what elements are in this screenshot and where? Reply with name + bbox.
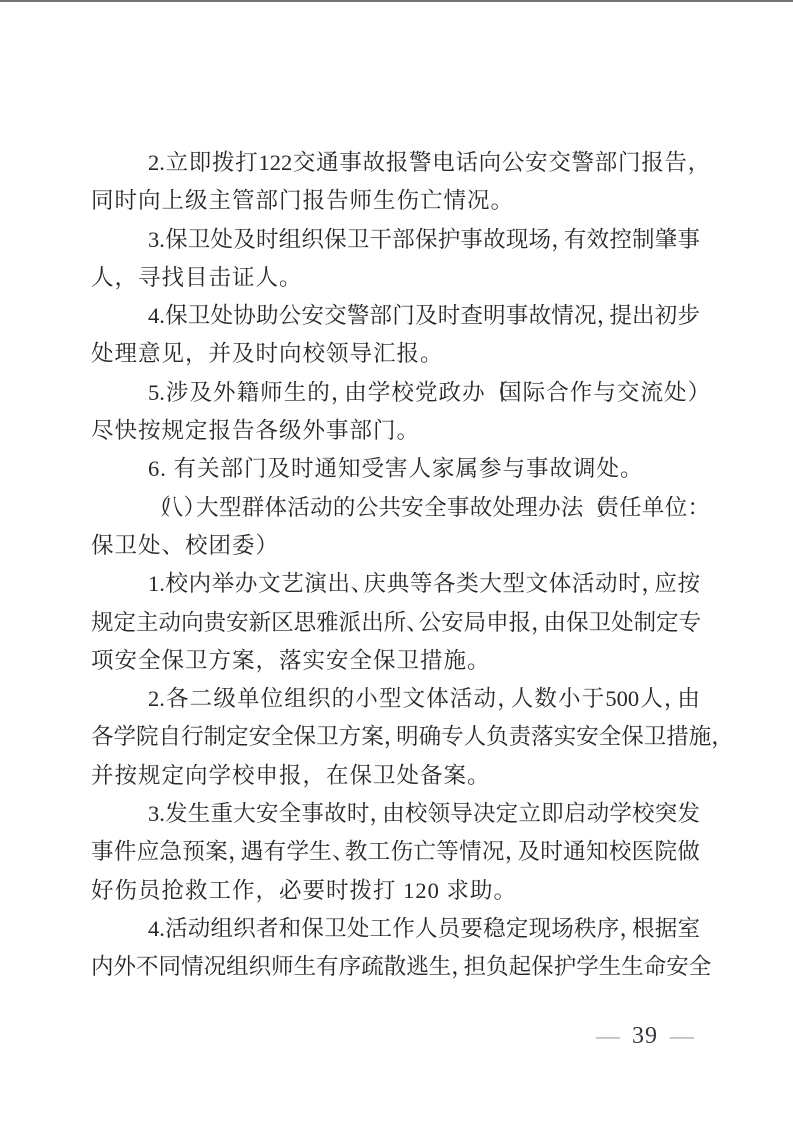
glyph: 法 — [561, 489, 584, 527]
glyph: 学 — [609, 795, 632, 833]
glyph: 师 — [271, 948, 294, 986]
glyph: 理 — [515, 489, 538, 527]
glyph: 时 — [618, 565, 641, 603]
glyph: 门 — [618, 144, 641, 182]
glyph: 学 — [286, 833, 309, 871]
glyph: 命 — [644, 948, 667, 986]
glyph: 报 — [386, 144, 409, 182]
glyph: 急 — [160, 833, 183, 871]
glyph: 教 — [345, 833, 368, 871]
glyph: 定 — [506, 910, 529, 948]
page-footer: — 39 — — [597, 1020, 693, 1052]
glyph: 卫 — [644, 718, 667, 756]
glyph: 单 — [237, 680, 260, 718]
glyph: 新 — [249, 604, 272, 642]
glyph: 定 — [114, 604, 137, 642]
glyph: 典 — [387, 565, 410, 603]
glyph: 安 — [525, 144, 548, 182]
text-line: 事件应急预案，遇有学生、教工伤亡等情况，及时通知校医院做 — [91, 833, 700, 871]
glyph: 肇 — [655, 221, 678, 259]
glyph: 全 — [599, 718, 622, 756]
glyph: 处 — [211, 221, 234, 259]
glyph: ， — [331, 374, 343, 412]
glyph: 动 — [474, 680, 497, 718]
glyph: 单 — [642, 489, 665, 527]
glyph: 门 — [392, 297, 415, 335]
glyph: 出 — [361, 604, 384, 642]
glyph: ） — [183, 489, 195, 527]
glyph: 组 — [226, 948, 249, 986]
glyph: 保 — [566, 604, 589, 642]
glyph: 即 — [189, 144, 212, 182]
glyph: 等 — [436, 833, 459, 871]
glyph: 、 — [351, 565, 363, 603]
glyph: 事 — [91, 833, 114, 871]
glyph: 院 — [655, 833, 678, 871]
glyph: 内 — [91, 948, 114, 986]
glyph: 织 — [249, 948, 272, 986]
glyph: ， — [451, 948, 463, 986]
glyph: 及 — [189, 374, 212, 412]
glyph: 由 — [544, 604, 567, 642]
glyph: 协 — [233, 297, 256, 335]
glyph: 况 — [482, 833, 505, 871]
glyph: 事 — [460, 221, 483, 259]
glyph: 级 — [213, 680, 236, 718]
glyph: 不 — [136, 948, 159, 986]
glyph: 及 — [233, 221, 256, 259]
page-number: 39 — [632, 1020, 658, 1052]
glyph: 与 — [593, 374, 616, 412]
glyph: 况 — [574, 297, 597, 335]
text-line: 2.各二级单位组织的小型文体活动，人数小于500人，由 — [91, 680, 700, 718]
glyph: 思 — [294, 604, 317, 642]
glyph: 作 — [392, 910, 415, 948]
glyph: 知 — [586, 833, 609, 871]
glyph: 时 — [540, 833, 563, 871]
text-line: 3.保卫处及时组织保卫干部保护事故现场，有效控制肇事 — [91, 221, 700, 259]
glyph: ， — [597, 297, 609, 335]
glyph: 行 — [181, 718, 204, 756]
glyph: 公 — [356, 489, 379, 527]
glyph: 件 — [114, 833, 137, 871]
glyph: 动 — [159, 604, 182, 642]
glyph: 二 — [190, 680, 213, 718]
glyph: （ — [486, 374, 498, 412]
glyph: 同 — [159, 948, 182, 986]
glyph: ： — [688, 489, 700, 527]
glyph: 序 — [339, 948, 362, 986]
glyph: 人 — [640, 680, 663, 718]
glyph: 步 — [677, 297, 700, 335]
glyph: 4. — [148, 297, 165, 335]
glyph: 小 — [558, 680, 581, 718]
glyph: 疏 — [361, 948, 384, 986]
glyph: 告 — [664, 144, 687, 182]
glyph: 有 — [264, 833, 287, 871]
glyph: 制 — [632, 221, 655, 259]
glyph: 保 — [531, 948, 554, 986]
glyph: 通 — [316, 144, 339, 182]
glyph: 组 — [284, 680, 307, 718]
glyph: 动 — [587, 795, 610, 833]
glyph: 八 — [161, 489, 184, 527]
text-line: 4.保卫处协助公安交警部门及时查明事故情况，提出初步 — [91, 297, 700, 335]
glyph: 卫 — [324, 910, 347, 948]
glyph: 织 — [301, 221, 324, 259]
glyph: 公 — [419, 604, 442, 642]
glyph: ， — [641, 565, 653, 603]
glyph: 于 — [582, 680, 605, 718]
glyph: 保 — [415, 221, 438, 259]
glyph: 定 — [496, 795, 519, 833]
glyph: 动 — [310, 489, 333, 527]
glyph: 大 — [233, 795, 256, 833]
glyph: 和 — [279, 910, 302, 948]
glyph: （ — [148, 489, 160, 527]
glyph: 公 — [279, 297, 302, 335]
glyph: 案 — [205, 833, 228, 871]
glyph: 秩 — [574, 910, 597, 948]
glyph: ， — [551, 221, 563, 259]
glyph: 局 — [464, 604, 487, 642]
glyph: ） — [688, 374, 700, 412]
glyph: 及 — [415, 297, 438, 335]
glyph: 籍 — [237, 374, 260, 412]
glyph: 涉 — [166, 374, 189, 412]
glyph: 织 — [308, 680, 331, 718]
glyph: 序 — [597, 910, 620, 948]
glyph: 生 — [599, 948, 622, 986]
glyph: 国 — [499, 374, 522, 412]
text-line: 各学院自行制定安全保卫方案，明确专人负责落实安全保卫措施， — [91, 718, 700, 756]
glyph: 有 — [316, 948, 339, 986]
glyph: 领 — [428, 795, 451, 833]
glyph: 时 — [438, 297, 461, 335]
text-line: 尽快按规定报告各级外事部门。 — [91, 412, 700, 450]
glyph: 落 — [531, 718, 554, 756]
glyph: 事 — [506, 297, 529, 335]
glyph: 2. — [148, 680, 165, 718]
page-number-dash-right: — — [670, 1020, 694, 1052]
text-line: 4.活动组织者和保卫处工作人员要稳定现场秩序，根据室 — [91, 910, 700, 948]
glyph: 报 — [641, 144, 664, 182]
glyph: 安 — [226, 604, 249, 642]
glyph: 措 — [666, 718, 689, 756]
glyph: 现 — [529, 910, 552, 948]
glyph: 院 — [136, 718, 159, 756]
glyph: 师 — [260, 374, 283, 412]
glyph: 警 — [572, 144, 595, 182]
glyph: 的 — [307, 374, 330, 412]
glyph: 情 — [551, 297, 574, 335]
glyph: 处 — [664, 374, 687, 412]
document-body: 2.立即拨打122交通事故报警电话向公安交警部门报告，同时向上级主管部门报告师生… — [91, 144, 700, 987]
glyph: 的 — [332, 680, 355, 718]
glyph: 大 — [196, 489, 219, 527]
text-line: 2.立即拨打122交通事故报警电话向公安交警部门报告， — [91, 144, 700, 182]
glyph: 122 — [258, 144, 292, 182]
glyph: 场 — [529, 221, 552, 259]
glyph: 各 — [166, 680, 189, 718]
glyph: 500 — [605, 680, 639, 718]
page-number-dash-left: — — [596, 1020, 620, 1052]
glyph: 警 — [409, 144, 432, 182]
text-line: 同时向上级主管部门报告师生伤亡情况。 — [91, 182, 700, 220]
glyph: 学 — [368, 374, 391, 412]
glyph: 等 — [410, 565, 433, 603]
glyph: 散 — [384, 948, 407, 986]
text-line: 并按规定向学校申报，在保卫处备案。 — [91, 757, 700, 795]
glyph: 专 — [441, 718, 464, 756]
glyph: 警 — [347, 297, 370, 335]
glyph: 文 — [403, 680, 426, 718]
glyph: 启 — [564, 795, 587, 833]
glyph: 体 — [265, 489, 288, 527]
glyph: 亡 — [413, 833, 436, 871]
glyph: 校 — [166, 565, 189, 603]
glyph: 制 — [204, 718, 227, 756]
glyph: 贵 — [204, 604, 227, 642]
glyph: 外 — [213, 374, 236, 412]
glyph: 出 — [327, 565, 350, 603]
text-line: 好伤员抢救工作，必要时拨打 120 求助。 — [91, 872, 700, 910]
glyph: 所 — [384, 604, 407, 642]
glyph: 文 — [526, 565, 549, 603]
glyph: 全 — [271, 718, 294, 756]
glyph: 保 — [301, 910, 324, 948]
glyph: 保 — [621, 718, 644, 756]
text-line: 6. 有关部门及时通知受害人家属参与事故调处。 — [91, 450, 700, 488]
glyph: ， — [384, 718, 396, 756]
glyph: 由 — [677, 680, 700, 718]
glyph: 型 — [219, 489, 242, 527]
glyph: 出 — [632, 297, 655, 335]
glyph: 5. — [148, 374, 165, 412]
glyph: 制 — [634, 604, 657, 642]
glyph: 织 — [233, 910, 256, 948]
glyph: 工 — [368, 833, 391, 871]
glyph: 全 — [424, 489, 447, 527]
glyph: 立 — [518, 795, 541, 833]
text-line: 项安全保卫方案，落实安全保卫措施。 — [91, 642, 700, 680]
glyph: 重 — [211, 795, 234, 833]
glyph: 有 — [564, 221, 587, 259]
glyph: 工 — [370, 910, 393, 948]
glyph: 处 — [611, 604, 634, 642]
text-line: 处理意见，并及时向校领导汇报。 — [91, 335, 700, 373]
glyph: 型 — [502, 565, 525, 603]
glyph: 话 — [455, 144, 478, 182]
glyph: 作 — [570, 374, 593, 412]
glyph: 自 — [159, 718, 182, 756]
glyph: 情 — [181, 948, 204, 986]
glyph: 的 — [333, 489, 356, 527]
glyph: 交 — [293, 144, 316, 182]
glyph: 逃 — [406, 948, 429, 986]
glyph: 生 — [429, 948, 452, 986]
glyph: 校 — [609, 833, 632, 871]
glyph: 定 — [226, 718, 249, 756]
glyph: 责 — [596, 489, 619, 527]
glyph: 伤 — [391, 833, 414, 871]
glyph: 部 — [392, 221, 415, 259]
glyph: 者 — [256, 910, 279, 948]
glyph: 要 — [460, 910, 483, 948]
glyph: 动 — [595, 565, 618, 603]
glyph: 组 — [211, 910, 234, 948]
glyph: 生 — [294, 948, 317, 986]
glyph: 学 — [576, 948, 599, 986]
glyph: 位 — [261, 680, 284, 718]
glyph: 故 — [529, 297, 552, 335]
glyph: ， — [664, 680, 676, 718]
glyph: 故 — [363, 144, 386, 182]
glyph: 应 — [137, 833, 160, 871]
glyph: 际 — [523, 374, 546, 412]
glyph: 处 — [492, 489, 515, 527]
glyph: 时 — [347, 795, 370, 833]
glyph: 办 — [235, 565, 258, 603]
glyph: 区 — [271, 604, 294, 642]
glyph: 动 — [188, 910, 211, 948]
glyph: 现 — [506, 221, 529, 259]
glyph: 保 — [165, 297, 188, 335]
glyph: 初 — [655, 297, 678, 335]
glyph: 2. — [148, 144, 165, 182]
glyph: 安 — [301, 297, 324, 335]
glyph: 规 — [91, 604, 114, 642]
glyph: 位 — [665, 489, 688, 527]
glyph: ， — [370, 795, 382, 833]
glyph: 4. — [148, 910, 165, 948]
glyph: 保 — [324, 221, 347, 259]
glyph: 安 — [249, 718, 272, 756]
glyph: 演 — [304, 565, 327, 603]
glyph: 定 — [656, 604, 679, 642]
glyph: 校 — [405, 795, 428, 833]
glyph: 向 — [181, 604, 204, 642]
glyph: 申 — [486, 604, 509, 642]
glyph: 起 — [509, 948, 532, 986]
glyph: 施 — [689, 718, 712, 756]
glyph: 主 — [136, 604, 159, 642]
glyph: 故 — [324, 795, 347, 833]
glyph: 事 — [447, 489, 470, 527]
glyph: 护 — [438, 221, 461, 259]
glyph: 部 — [370, 297, 393, 335]
glyph: 实 — [554, 718, 577, 756]
glyph: 况 — [204, 948, 227, 986]
glyph: 室 — [677, 910, 700, 948]
glyph: 部 — [595, 144, 618, 182]
glyph: 型 — [379, 680, 402, 718]
glyph: 确 — [419, 718, 442, 756]
glyph: 事 — [677, 221, 700, 259]
glyph: 艺 — [281, 565, 304, 603]
glyph: 突 — [655, 795, 678, 833]
glyph: 生 — [284, 374, 307, 412]
glyph: 打 — [235, 144, 258, 182]
glyph: 担 — [464, 948, 487, 986]
glyph: 保 — [294, 718, 317, 756]
glyph: 查 — [460, 297, 483, 335]
glyph: 活 — [572, 565, 595, 603]
glyph: 按 — [677, 565, 700, 603]
glyph: 事 — [301, 795, 324, 833]
glyph: 负 — [486, 718, 509, 756]
glyph: 3. — [148, 795, 165, 833]
glyph: 场 — [551, 910, 574, 948]
glyph: 责 — [509, 718, 532, 756]
glyph: 活 — [450, 680, 473, 718]
glyph: 安 — [401, 489, 424, 527]
glyph: 故 — [483, 221, 506, 259]
glyph: 安 — [666, 948, 689, 986]
glyph: 任 — [619, 489, 642, 527]
glyph: 数 — [534, 680, 557, 718]
glyph: 、 — [406, 604, 418, 642]
glyph: 情 — [459, 833, 482, 871]
glyph: 由 — [344, 374, 367, 412]
glyph: 报 — [509, 604, 532, 642]
text-line: 人，寻找目击证人。 — [91, 259, 700, 297]
glyph: 大 — [479, 565, 502, 603]
glyph: 事 — [339, 144, 362, 182]
glyph: 案 — [361, 718, 384, 756]
glyph: 卫 — [589, 604, 612, 642]
glyph: 安 — [256, 795, 279, 833]
glyph: 举 — [212, 565, 235, 603]
glyph: 负 — [486, 948, 509, 986]
glyph: ， — [228, 833, 240, 871]
glyph: 类 — [456, 565, 479, 603]
glyph: 干 — [370, 221, 393, 259]
glyph: 内 — [189, 565, 212, 603]
glyph: 体 — [426, 680, 449, 718]
glyph: 交 — [617, 374, 640, 412]
glyph: 遇 — [241, 833, 264, 871]
glyph: 公 — [502, 144, 525, 182]
glyph: 通 — [563, 833, 586, 871]
glyph: ， — [497, 680, 509, 718]
glyph: 即 — [541, 795, 564, 833]
glyph: 各 — [433, 565, 456, 603]
glyph: 各 — [91, 718, 114, 756]
glyph: ， — [531, 604, 543, 642]
glyph: 根 — [632, 910, 655, 948]
glyph: 群 — [242, 489, 265, 527]
glyph: 派 — [339, 604, 362, 642]
glyph: （ — [584, 489, 596, 527]
glyph: 方 — [339, 718, 362, 756]
glyph: 做 — [677, 833, 700, 871]
glyph: 医 — [632, 833, 655, 871]
glyph: 生 — [188, 795, 211, 833]
text-line: 3.发生重大安全事故时，由校领导决定立即启动学校突发 — [91, 795, 700, 833]
glyph: 效 — [587, 221, 610, 259]
glyph: 全 — [279, 795, 302, 833]
glyph: ， — [619, 910, 631, 948]
glyph: 合 — [546, 374, 569, 412]
glyph: 卫 — [316, 718, 339, 756]
glyph: 共 — [378, 489, 401, 527]
glyph: 保 — [165, 221, 188, 259]
glyph: 安 — [441, 604, 464, 642]
glyph: 导 — [450, 795, 473, 833]
glyph: 活 — [165, 910, 188, 948]
glyph: 党 — [415, 374, 438, 412]
